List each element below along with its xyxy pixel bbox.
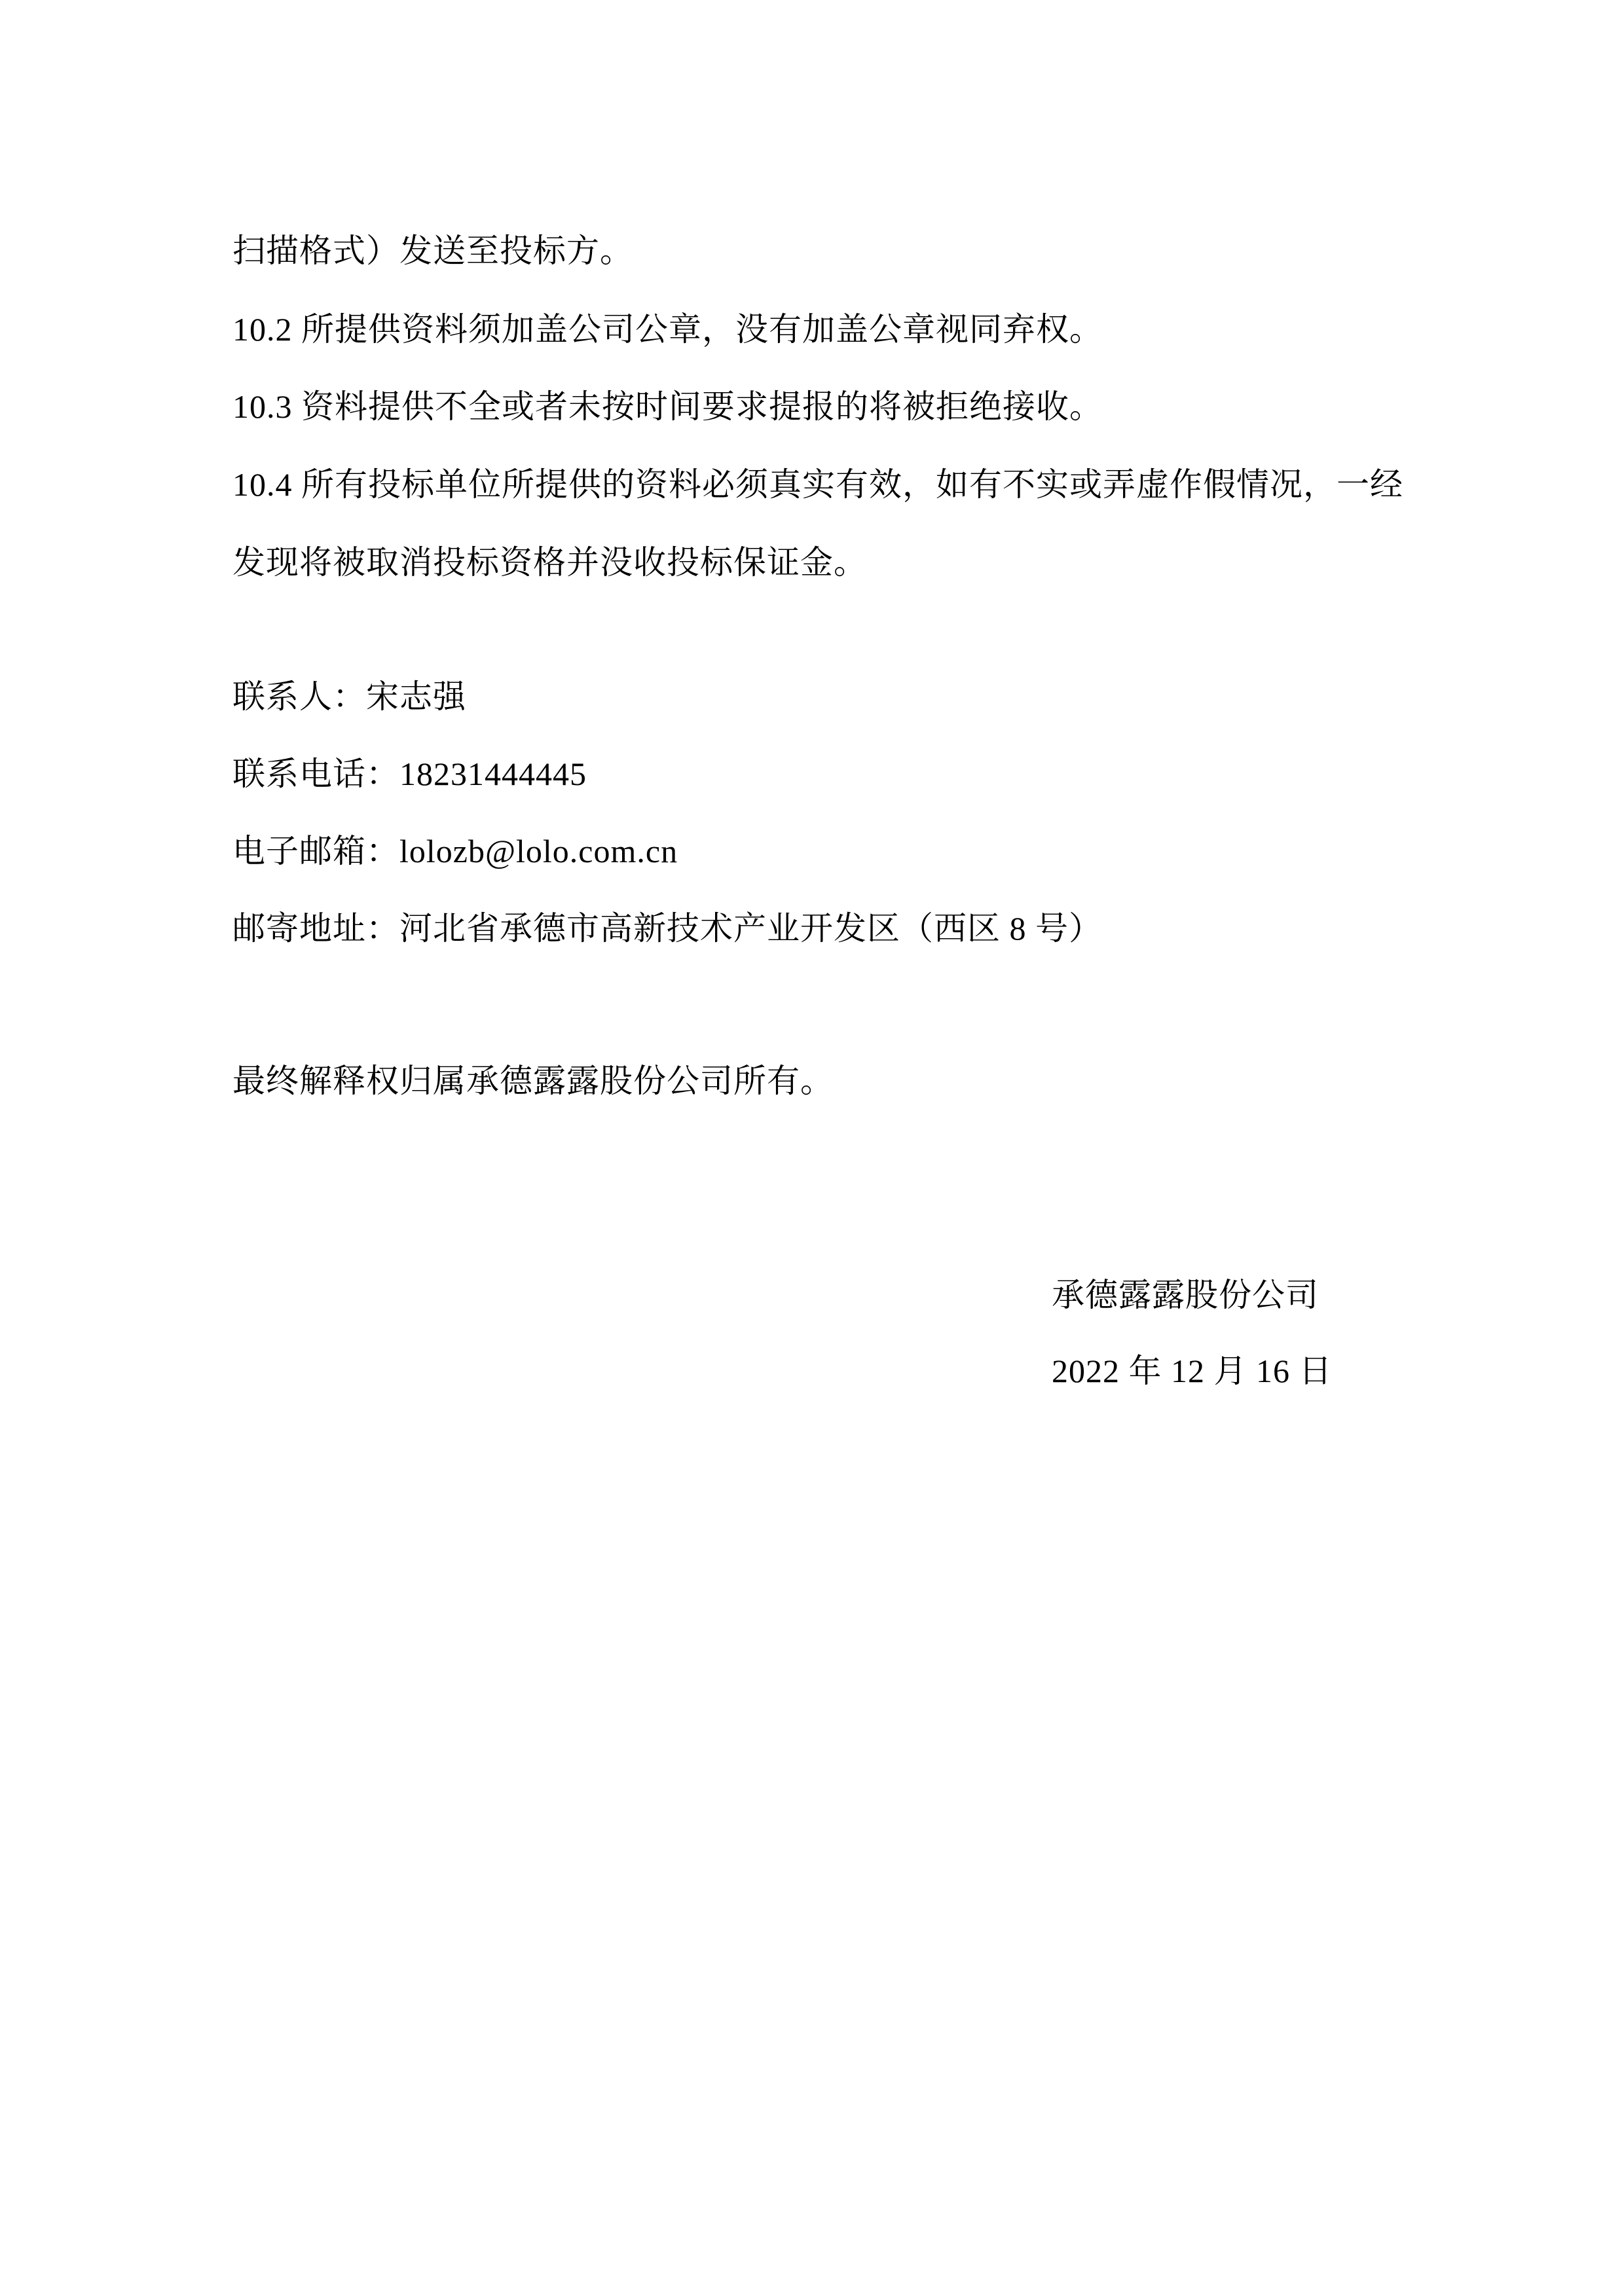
signature-date-line: 2022 年 12 月 16 日 bbox=[1052, 1353, 1333, 1391]
body-line-clause-10-4: 10.4 所有投标单位所提供的资料必须真实有效，如有不实或弄虚作假情况，一经 bbox=[232, 466, 1403, 504]
signature-company-line: 承德露露股份公司 bbox=[1052, 1277, 1319, 1315]
contact-email-line: 电子邮箱：lolozb@lolo.com.cn bbox=[232, 833, 678, 871]
body-line-clause-10-3: 10.3 资料提供不全或者未按时间要求提报的将被拒绝接收。 bbox=[232, 388, 1103, 426]
document-page: 扫描格式）发送至投标方。 10.2 所提供资料须加盖公司公章，没有加盖公章视同弃… bbox=[0, 0, 1624, 2296]
body-line-scan-format: 扫描格式）发送至投标方。 bbox=[232, 232, 633, 270]
body-line-clause-10-4-continued: 发现将被取消投标资格并没收投标保证金。 bbox=[232, 544, 867, 582]
body-line-clause-10-2: 10.2 所提供资料须加盖公司公章，没有加盖公章视同弃权。 bbox=[232, 311, 1103, 349]
contact-address-line: 邮寄地址：河北省承德市高新技术产业开发区（西区 8 号） bbox=[232, 910, 1102, 948]
closing-statement-line: 最终解释权归属承德露露股份公司所有。 bbox=[232, 1063, 834, 1101]
contact-person-line: 联系人：宋志强 bbox=[232, 678, 466, 716]
contact-phone-line: 联系电话：18231444445 bbox=[232, 756, 587, 793]
